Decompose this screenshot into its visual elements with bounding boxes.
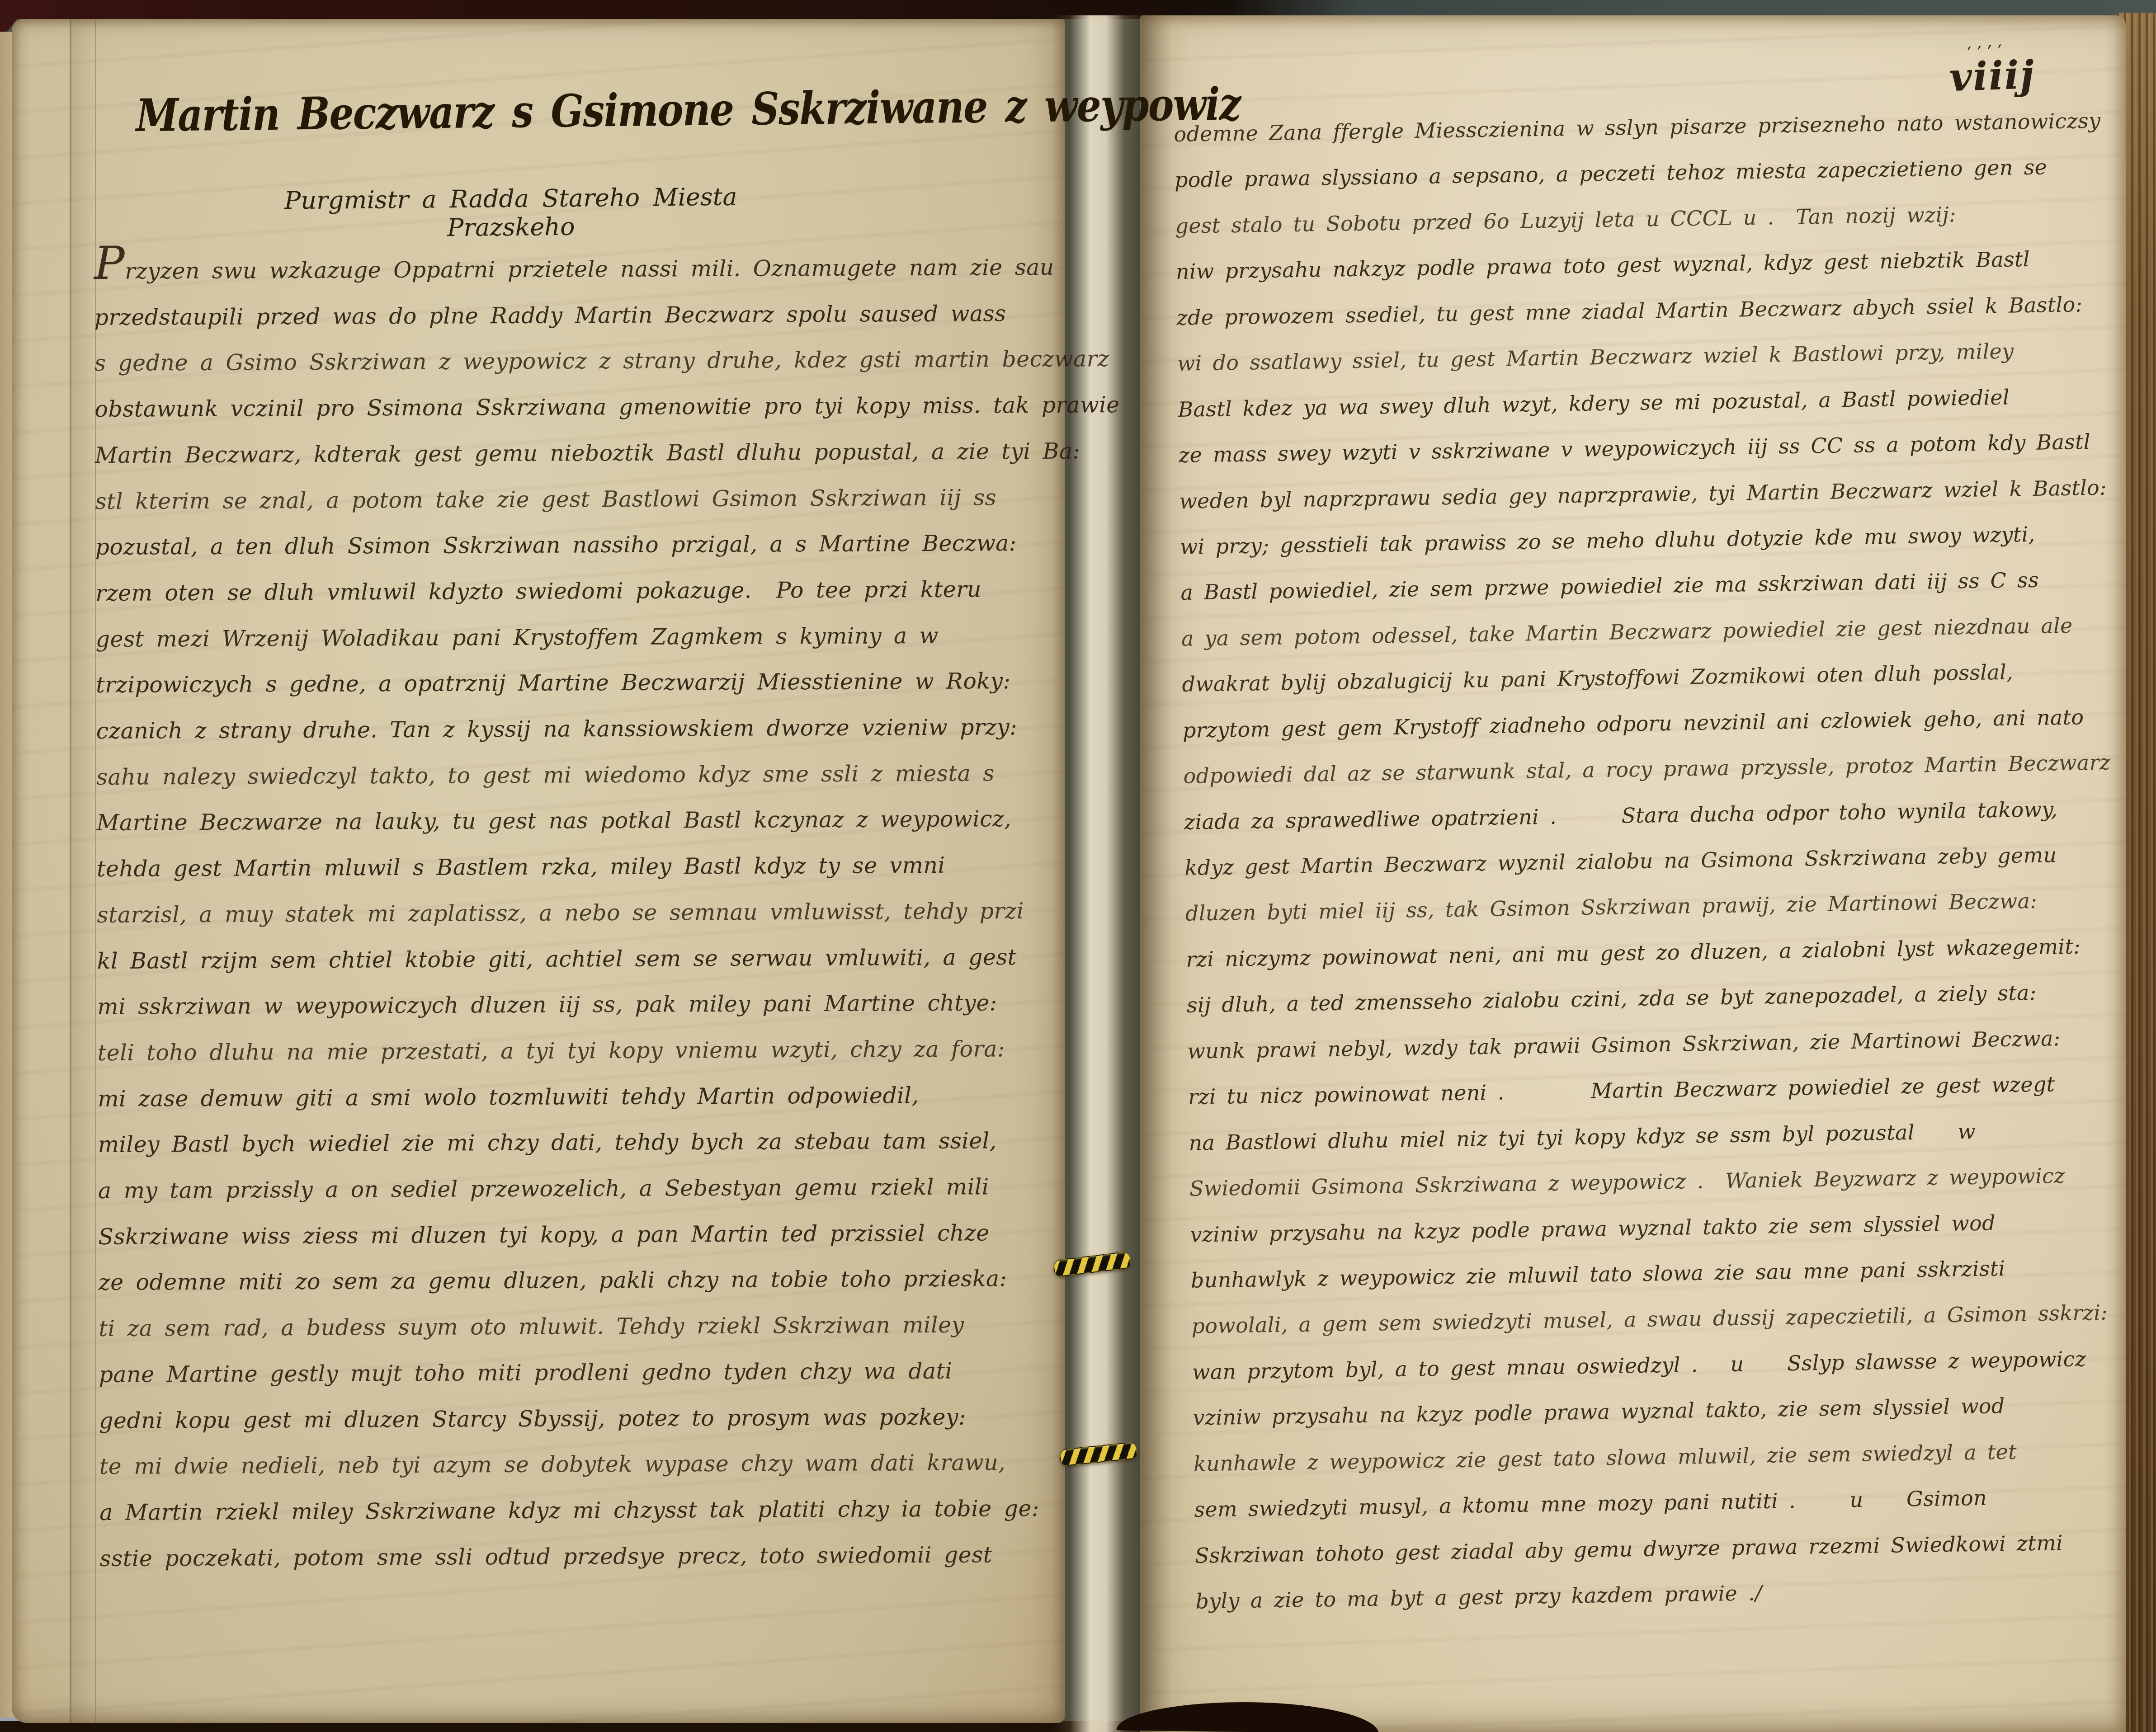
manuscript-text-line: czanich z strany druhe. Tan z kyssij na … <box>96 714 1061 744</box>
manuscript-text-line: sstie poczekati, potom sme ssli odtud pr… <box>99 1541 1065 1571</box>
manuscript-text-line: Sskrziwan tohoto gest ziadal aby gemu dw… <box>1195 1529 2149 1567</box>
manuscript-text-line: odpowiedi dal az se starwunk stal, a roc… <box>1183 750 2137 788</box>
manuscript-text-line: vziniw przysahu na kzyz podle prawa wyzn… <box>1193 1392 2147 1430</box>
manuscript-text-line: wi do ssatlawy ssiel, tu gest Martin Bec… <box>1177 337 2132 376</box>
left-page-text-block: Przyzen swu wzkazuge Oppatrni przietele … <box>94 254 1065 1572</box>
manuscript-text-line: miley Bastl bych wiediel zie mi chzy dat… <box>98 1128 1063 1158</box>
manuscript-text-line: gest mezi Wrzenij Woladikau pani Krystof… <box>96 622 1061 652</box>
manuscript-text-line: przytom gest gem Krystoff ziadneho odpor… <box>1183 704 2137 742</box>
manuscript-text-line: Przyzen swu wzkazuge Oppatrni przietele … <box>94 254 1059 284</box>
manuscript-text-line: wi przy; gesstieli tak prawiss zo se meh… <box>1180 521 2134 559</box>
record-subtitle: Purgmistr a Radda Stareho Miesta Prazske… <box>235 182 787 244</box>
manuscript-text-line: ti za sem rad, a budess suym oto mluwit.… <box>99 1312 1064 1341</box>
manuscript-text-line: vziniw przysahu na kzyz podle prawa wyzn… <box>1190 1208 2144 1247</box>
manuscript-text-line: sahu nalezy swiedczyl takto, to gest mi … <box>96 760 1061 790</box>
manuscript-text-line: stl kterim se znal, a potom take zie ges… <box>95 484 1060 514</box>
manuscript-text-line: wan przytom byl, a to gest mnau oswiedzy… <box>1192 1346 2147 1384</box>
manuscript-text-line: bunhawlyk z weypowicz zie mluwil tato sl… <box>1191 1254 2145 1292</box>
manuscript-text-line: podle prawa slyssiano a sepsano, a pecze… <box>1175 154 2129 192</box>
manuscript-text-line: przedstaupili przed was do plne Raddy Ma… <box>94 300 1059 330</box>
manuscript-text-line: ze odemne miti zo sem za gemu dluzen, pa… <box>99 1266 1064 1295</box>
manuscript-text-line: pane Martine gestly mujt toho miti prodl… <box>99 1358 1064 1388</box>
manuscript-text-line: na Bastlowi dluhu miel niz tyi tyi kopy … <box>1189 1116 2143 1155</box>
manuscript-text-line: a my tam przissly a on sediel przewozeli… <box>98 1174 1063 1204</box>
manuscript-photo: Martin Beczwarz s Gsimone Sskrziwane z w… <box>0 0 2156 1732</box>
right-page-text-block: odemne Zana ffergle Miessczienina w ssly… <box>1174 108 2150 1614</box>
manuscript-text-line: sij dluh, a ted zmensseho zialobu czini,… <box>1187 979 2141 1017</box>
manuscript-text-line: a Martin rziekl miley Sskrziwane kdyz mi… <box>99 1496 1065 1525</box>
manuscript-text-line: kdyz gest Martin Beczwarz wyznil zialobu… <box>1184 842 2139 880</box>
manuscript-text-line: kl Bastl rzijm sem chtiel ktobie giti, a… <box>97 944 1062 974</box>
manuscript-text-line: sem swiedzyti musyl, a ktomu mne mozy pa… <box>1194 1483 2148 1521</box>
manuscript-text-line: ziada za sprawedliwe opatrzieni . Stara … <box>1184 795 2138 834</box>
manuscript-text-line: tehda gest Martin mluwil s Bastlem rzka,… <box>97 852 1062 882</box>
manuscript-text-line: starzisl, a muy statek mi zaplatissz, a … <box>97 898 1062 928</box>
manuscript-text-line: s gedne a Gsimo Sskrziwan z weypowicz z … <box>94 346 1060 376</box>
manuscript-text-line: weden byl naprzprawu sedia gey naprzpraw… <box>1179 475 2133 513</box>
manuscript-text-line: dwakrat bylij obzalugicij ku pani Krysto… <box>1182 658 2136 697</box>
manuscript-text-line: mi zase demuw giti a smi wolo tozmluwiti… <box>98 1082 1063 1111</box>
manuscript-text-line: gest stalo tu Sobotu przed 6o Luzyij let… <box>1175 200 2129 238</box>
manuscript-text-line: obstawunk vczinil pro Ssimona Sskrziwana… <box>94 392 1060 422</box>
binding-gutter <box>1052 15 1173 1732</box>
manuscript-text-line: pozustal, a ten dluh Ssimon Sskrziwan na… <box>95 530 1061 560</box>
manuscript-text-line: Swiedomii Gsimona Sskrziwana z weypowicz… <box>1189 1163 2144 1201</box>
manuscript-text-line: trzipowiczych s gedne, a opatrznij Marti… <box>96 668 1061 698</box>
manuscript-text-line: rzi tu nicz powinowat neni . Martin Becz… <box>1188 1071 2142 1109</box>
manuscript-text-line: a Bastl powiediel, zie sem przwe powiedi… <box>1180 566 2135 605</box>
manuscript-text-line: gedni kopu gest mi dluzen Starcy Sbyssij… <box>99 1403 1064 1433</box>
manuscript-text-line: wunk prawi nebyl, wzdy tak prawii Gsimon… <box>1187 1025 2142 1063</box>
manuscript-text-line: rzem oten se dluh vmluwil kdyzto swiedom… <box>95 576 1061 606</box>
manuscript-text-line: zde prowozem ssediel, tu gest mne ziadal… <box>1176 291 2131 329</box>
manuscript-text-line: te mi dwie nedieli, neb tyi azym se doby… <box>99 1450 1065 1479</box>
manuscript-text-line: mi sskrziwan w weypowiczych dluzen iij s… <box>97 990 1062 1020</box>
page-fold-crease <box>70 19 96 1723</box>
manuscript-text-line: Martin Beczwarz, kdterak gest gemu niebo… <box>95 438 1060 468</box>
manuscript-text-line: niw przysahu nakzyz podle prawa toto ges… <box>1176 245 2130 284</box>
manuscript-text-line: Bastl kdez ya wa swey dluh wzyt, kdery s… <box>1178 383 2132 421</box>
manuscript-text-line: rzi niczymz powinowat neni, ani mu gest … <box>1186 933 2140 971</box>
manuscript-text-line: teli toho dluhu na mie przestati, a tyi … <box>98 1036 1063 1066</box>
manuscript-text-line: a ya sem potom odessel, take Martin Becz… <box>1181 612 2136 650</box>
manuscript-text-line: powolali, a gem sem swiedzyti musel, a s… <box>1191 1300 2146 1338</box>
manuscript-text-line: ze mass swey wzyti v sskrziwane v weypow… <box>1179 429 2133 467</box>
manuscript-text-line: Sskrziwane wiss ziess mi dluzen tyi kopy… <box>98 1219 1063 1249</box>
manuscript-text-line: dluzen byti miel iij ss, tak Gsimon Sskr… <box>1185 887 2140 926</box>
manuscript-text-line: kunhawle z weypowicz zie gest tato slowa… <box>1194 1437 2148 1476</box>
manuscript-text-line: Martine Beczwarze na lauky, tu gest nas … <box>96 806 1061 836</box>
folio-number: viiij <box>1948 52 2036 101</box>
